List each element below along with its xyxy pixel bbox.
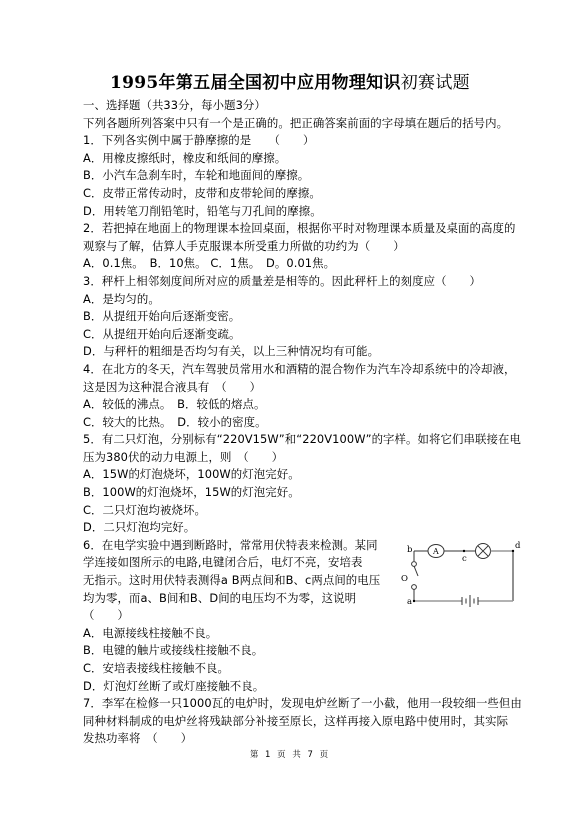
exam-page: 1995年第五届全国初中应用物理知识初赛试题 一、选择题（共33分，每小题3分）… xyxy=(0,0,580,819)
question-stem: 同种材料制成的电炉丝将残缺部分补接至原长，这样再接入原电路中使用时，其实际 xyxy=(83,713,523,731)
label-a: a xyxy=(407,597,412,607)
question-stem: 压为380伏的动力电源上，则 （ ） xyxy=(83,449,523,467)
option-b: B．100W的灯泡烧坏，15W的灯泡完好。 xyxy=(83,484,523,502)
option-d: D．灯泡灯丝断了或灯座接触不良。 xyxy=(83,678,523,696)
question-stem: 均为零，而a、B间和B、D间的电压均不为零，这说明 xyxy=(83,590,383,608)
option-d: D．二只灯泡均完好。 xyxy=(83,519,523,537)
options-ab: A．较低的沸点。 B．较低的熔点。 xyxy=(83,396,523,414)
option-b: B．从提纽开始向后逐渐变密。 xyxy=(83,308,523,326)
section-instruction: 下列各题所列答案中只有一个是正确的。把正确答案前面的字母填在题后的括号内。 xyxy=(83,115,523,133)
option-b: B．小汽车急刹车时，车轮和地面间的摩擦。 xyxy=(83,167,523,185)
label-switch: O xyxy=(401,574,408,584)
option-a: A．15W的灯泡烧坏，100W的灯泡完好。 xyxy=(83,466,523,484)
question-6: 6．在电学实验中遇到断路时，常常用伏特表来检测。某同 学连接如图所示的电路,电键… xyxy=(83,537,523,695)
option-c: C．安培表接线柱接触不良。 xyxy=(83,660,523,678)
exam-body: 一、选择题（共33分，每小题3分） 下列各题所列答案中只有一个是正确的。把正确答… xyxy=(83,97,523,748)
question-stem: 这是因为这种混合液具有 （ ） xyxy=(83,379,523,397)
question-stem: 3．秤杆上相邻刻度间所对应的质量差是相等的。因此秤杆上的刻度应（ ） xyxy=(83,273,523,291)
question-5: 5．有二只灯泡，分别标有“220V15W”和“220V100W”的字样。如将它们… xyxy=(83,431,523,537)
question-stem: 观察与了解，估算人手克服课本所受重力所做的功约为（ ） xyxy=(83,238,523,256)
question-stem: 5．有二只灯泡，分别标有“220V15W”和“220V100W”的字样。如将它们… xyxy=(83,431,523,449)
question-stem: 发热功率将 （ ） xyxy=(83,730,523,748)
option-c: C．从提纽开始向后逐渐变疏。 xyxy=(83,326,523,344)
option-a: A．电源接线柱接触不良。 xyxy=(83,625,523,643)
question-stem: 学连接如图所示的电路,电键闭合后，电灯不亮，安培表 xyxy=(83,554,383,572)
question-stem: 无指示。这时用伏特表测得a B两点间和B、c两点间的电压 xyxy=(83,572,383,590)
question-stem: （ ） xyxy=(83,607,383,625)
page-title: 1995年第五届全国初中应用物理知识初赛试题 xyxy=(0,68,580,93)
question-stem: 6．在电学实验中遇到断路时，常常用伏特表来检测。某同 xyxy=(83,537,383,555)
option-c: C．皮带正常传动时，皮带和皮带轮间的摩擦。 xyxy=(83,185,523,203)
title-bold: 1995年第五届全国初中应用物理知识 xyxy=(110,73,401,93)
question-stem: 4．在北方的冬天，汽车驾驶员常用水和酒精的混合物作为汽车冷却系统中的冷却液， xyxy=(83,361,523,379)
page-footer: 第 1 页 共 7 页 xyxy=(0,748,580,760)
question-4: 4．在北方的冬天，汽车驾驶员常用水和酒精的混合物作为汽车冷却系统中的冷却液， 这… xyxy=(83,361,523,431)
question-stem: 2．若把掉在地面上的物理课本捡回桌面，根据你平时对物理课本质量及桌面的高度的 xyxy=(83,220,523,238)
title-light: 初赛试题 xyxy=(401,73,470,93)
options-inline: A．0.1焦。 B．10焦。 C．1焦。 D。0.01焦。 xyxy=(83,255,523,273)
option-a: A．用橡皮擦纸时，橡皮和纸间的摩擦。 xyxy=(83,150,523,168)
label-b: b xyxy=(407,545,413,555)
question-1: 1．下列各实例中属于静摩擦的是 （ ） A．用橡皮擦纸时，橡皮和纸间的摩擦。 B… xyxy=(83,132,523,220)
label-d: d xyxy=(515,541,521,551)
question-stem: 1．下列各实例中属于静摩擦的是 （ ） xyxy=(83,132,523,150)
question-stem: 7．李军在检修一只1000瓦的电炉时，发现电炉丝断了一小截，他用一段较细一些但由 xyxy=(83,695,523,713)
option-a: A．是均匀的。 xyxy=(83,291,523,309)
question-3: 3．秤杆上相邻刻度间所对应的质量差是相等的。因此秤杆上的刻度应（ ） A．是均匀… xyxy=(83,273,523,361)
question-7: 7．李军在检修一只1000瓦的电炉时，发现电炉丝断了一小截，他用一段较细一些但由… xyxy=(83,695,523,748)
option-d: D．用转笔刀削铅笔时，铅笔与刀孔间的摩擦。 xyxy=(83,203,523,221)
question-2: 2．若把掉在地面上的物理课本捡回桌面，根据你平时对物理课本质量及桌面的高度的 观… xyxy=(83,220,523,273)
options-cd: C．较大的比热。 D．较小的密度。 xyxy=(83,414,523,432)
label-ammeter: A xyxy=(432,547,439,556)
option-c: C．二只灯泡均被烧坏。 xyxy=(83,502,523,520)
label-c: c xyxy=(462,554,467,564)
option-b: B．电键的触片或接线柱接触不良。 xyxy=(83,642,523,660)
section-heading: 一、选择题（共33分，每小题3分） xyxy=(83,97,523,115)
option-d: D．与秤杆的粗细是否均匀有关，以上三种情况均有可能。 xyxy=(83,343,523,361)
circuit-diagram: b A c d O a xyxy=(396,537,526,612)
